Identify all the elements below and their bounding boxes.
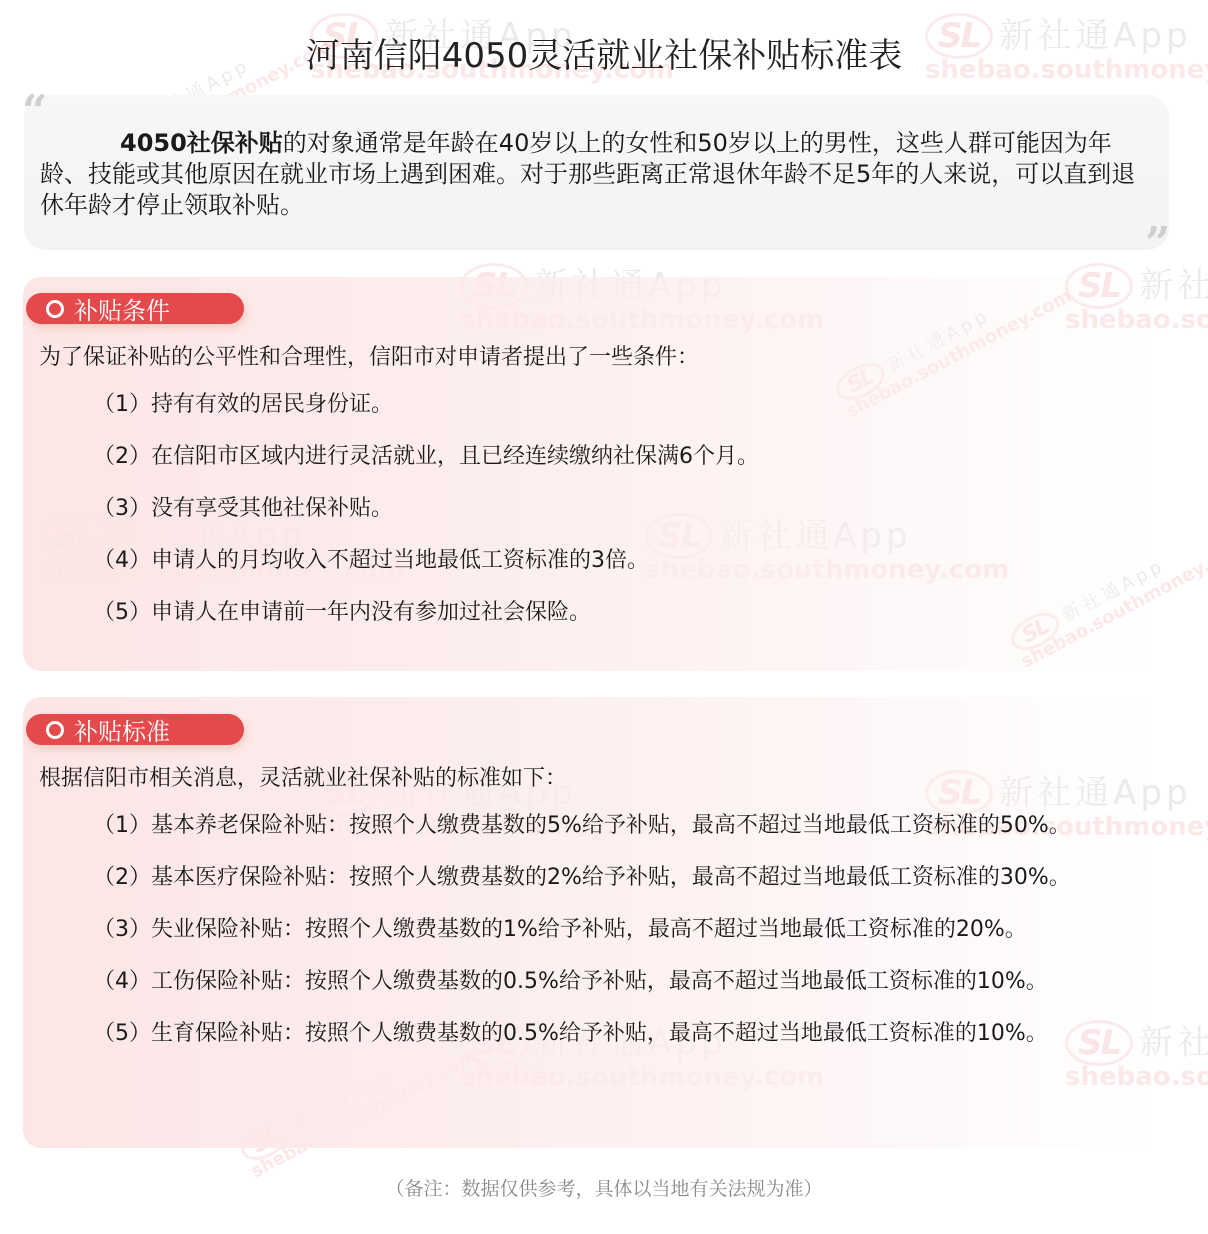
circle-icon (46, 721, 64, 739)
section-heading-standards: 补贴标准 (26, 714, 244, 745)
footer-note: （备注：数据仅供参考，具体以当地有关法规为准） (0, 1174, 1208, 1201)
section-heading-label: 补贴标准 (74, 712, 170, 747)
list-item: （4）工伤保险补贴：按照个人缴费基数的0.5%给予补贴，最高不超过当地最低工资标… (39, 967, 1129, 997)
list-item: （4）申请人的月均收入不超过当地最低工资标准的3倍。 (39, 546, 1129, 576)
list-item: （5）生育保险补贴：按照个人缴费基数的0.5%给予补贴，最高不超过当地最低工资标… (39, 1019, 1129, 1049)
circle-icon (46, 300, 64, 318)
list-item: （2）基本医疗保险补贴：按照个人缴费基数的2%给予补贴，最高不超过当地最低工资标… (39, 863, 1129, 893)
list-item: （1）持有有效的居民身份证。 (39, 390, 1129, 420)
list-item: （2）在信阳市区域内进行灵活就业，且已经连续缴纳社保满6个月。 (39, 442, 1129, 472)
list-item: （3）失业保险补贴：按照个人缴费基数的1%给予补贴，最高不超过当地最低工资标准的… (39, 915, 1129, 945)
section-heading-conditions: 补贴条件 (26, 293, 244, 324)
list-item: （3）没有享受其他社保补贴。 (39, 494, 1129, 524)
standards-list: （1）基本养老保险补贴：按照个人缴费基数的5%给予补贴，最高不超过当地最低工资标… (39, 811, 1129, 1071)
quote-close-icon: ” (1145, 218, 1170, 269)
list-item: （5）申请人在申请前一年内没有参加过社会保险。 (39, 598, 1129, 628)
page-title: 河南信阳4050灵活就业社保补贴标准表 (0, 28, 1208, 77)
section-lead: 为了保证补贴的公平性和合理性，信阳市对申请者提出了一些条件： (39, 340, 699, 371)
section-lead: 根据信阳市相关消息，灵活就业社保补贴的标准如下： (39, 761, 567, 792)
intro-bold-lead: 4050社保补贴 (120, 129, 283, 157)
intro-paragraph: 4050社保补贴的对象通常是年龄在40岁以上的女性和50岁以上的男性，这些人群可… (40, 128, 1150, 221)
conditions-list: （1）持有有效的居民身份证。 （2）在信阳市区域内进行灵活就业，且已经连续缴纳社… (39, 390, 1129, 650)
list-item: （1）基本养老保险补贴：按照个人缴费基数的5%给予补贴，最高不超过当地最低工资标… (39, 811, 1129, 841)
section-heading-label: 补贴条件 (74, 291, 170, 326)
